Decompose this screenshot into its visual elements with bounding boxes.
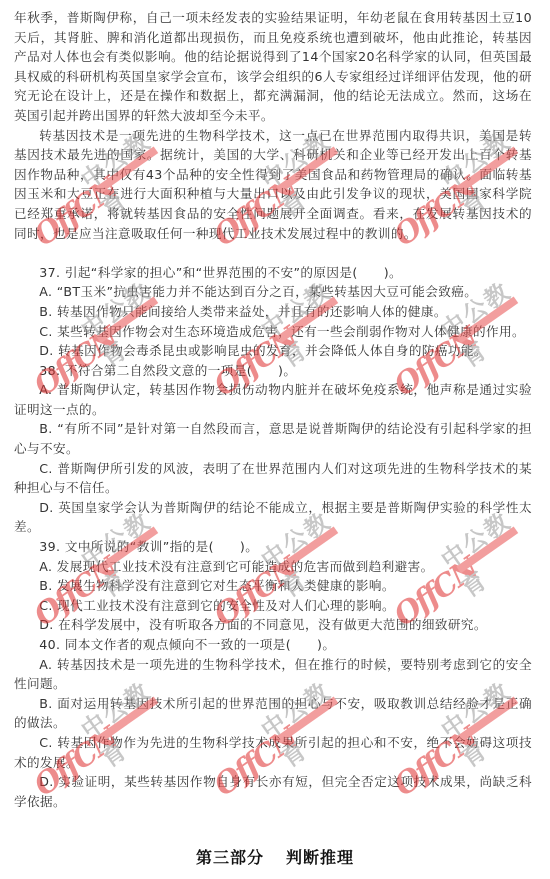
option-b: B. 面对运用转基因技术所引起的世界范围的担心与不安，吸取教训总结经验才是正确的… [14,694,532,733]
question-40: 40. 同本文作者的观点倾向不一致的一项是( )。 A. 转基因技术是一项先进的… [14,635,532,811]
question-37: 37. 引起“科学家的担心”和“世界范围的不安”的原因是( )。 A. “BT玉… [14,263,532,361]
section-part: 第三部分 [196,848,264,867]
option-c: C. 现代工业技术没有注意到它的安全性及对人们心理的影响。 [14,596,532,616]
option-d: D. 在科学发展中，没有听取各方面的不同意见，没有做更大范围的细致研究。 [14,615,532,635]
question-stem: 37. 引起“科学家的担心”和“世界范围的不安”的原因是( )。 [14,263,532,283]
question-stem: 39. 文中所说的“教训”指的是( )。 [14,537,532,557]
passage-paragraph-1: 年秋季，普斯陶伊称，自己一项未经发表的实验结果证明，年幼老鼠在食用转基因土豆10… [14,8,532,126]
question-stem: 38. 不符合第二自然段文意的一项是( )。 [14,361,532,381]
question-38: 38. 不符合第二自然段文意的一项是( )。 A. 普斯陶伊认定，转基因作物会损… [14,361,532,537]
option-c: C. 普斯陶伊所引发的风波，表明了在世界范围内人们对这项先进的生物科学技术的某种… [14,459,532,498]
section-heading: 第三部分判断推理 [0,845,550,868]
option-c: C. 某些转基因作物会对生态环境造成危害，还有一些会削弱作物对人体健康的作用。 [14,322,532,342]
question-39: 39. 文中所说的“教训”指的是( )。 A. 发展现代工业技术没有注意到它可能… [14,537,532,635]
spacer [14,243,532,263]
option-d: D. 转基因作物会毒杀昆虫或影响昆虫的发育，并会降低人体自身的防癌功能。 [14,341,532,361]
option-a: A. 转基因技术是一项先进的生物科学技术，但在推行的时候，要特别考虑到它的安全性… [14,655,532,694]
option-a: A. 普斯陶伊认定，转基因作物会损伤动物内脏并在破坏免疫系统，他声称是通过实验证… [14,380,532,419]
option-b: B. 发展生物科学没有注意到它对生态平衡和人类健康的影响。 [14,576,532,596]
option-d: D. 英国皇家学会认为普斯陶伊的结论不能成立，根据主要是普斯陶伊实验的科学性太差… [14,498,532,537]
option-b: B. “有所不同”是针对第一自然段而言，意思是说普斯陶伊的结论没有引起科学家的担… [14,419,532,458]
exam-page: 年秋季，普斯陶伊称，自己一项未经发表的实验结果证明，年幼老鼠在食用转基因土豆10… [14,8,532,811]
passage-paragraph-2: 转基因技术是一项先进的生物科学技术，这一点已在世界范围内取得共识，美国是转基因技… [14,126,532,244]
option-d: D. 实验证明，某些转基因作物自身有长亦有短，但完全否定这项技术成果，尚缺乏科学… [14,772,532,811]
option-a: A. “BT玉米”抗虫害能力并不能达到百分之百，某些转基因大豆可能会致癌。 [14,282,532,302]
option-c: C. 转基因作物作为先进的生物科学技术成果所引起的担心和不安，绝不会妨碍这项技术… [14,733,532,772]
option-b: B. 转基因作物只能间接给人类带来益处，并且有的还影响人体的健康。 [14,302,532,322]
section-name: 判断推理 [286,848,354,867]
option-a: A. 发展现代工业技术没有注意到它可能造成的危害而做到趋利避害。 [14,557,532,577]
question-stem: 40. 同本文作者的观点倾向不一致的一项是( )。 [14,635,532,655]
